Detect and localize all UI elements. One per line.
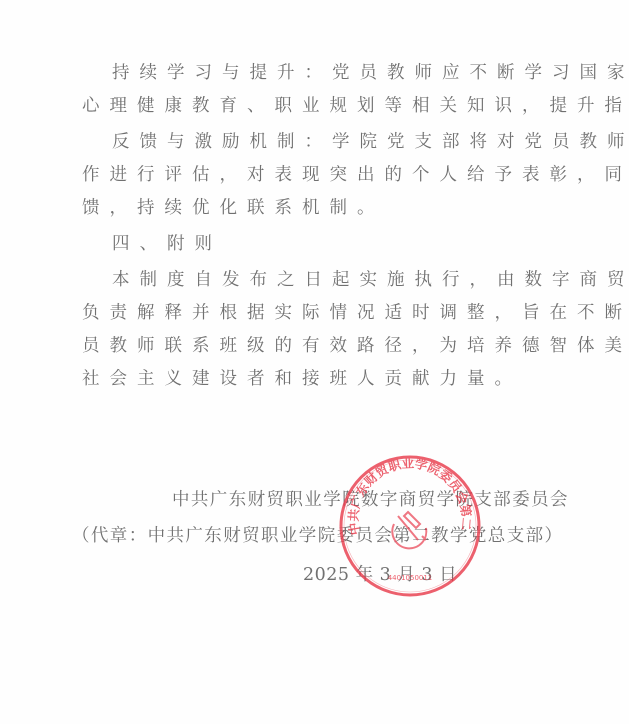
- paragraph-line: 社会主义建设者和接班人贡献力量。: [82, 367, 522, 391]
- paragraph-line: 负责解释并根据实际情况适时调整，旨在不断探索和完善党: [82, 301, 629, 325]
- paragraph-line: 作进行评估，对表现突出的个人给予表彰，同时收集学生反: [82, 163, 629, 187]
- seal-serial: 4401050011: [388, 574, 433, 582]
- official-seal-stamp: 中共广东财贸职业学院委员会第二教学党总支部 4401050011: [338, 454, 482, 598]
- paragraph-line: 反馈与激励机制：学院党支部将对党员教师联系班级工: [112, 130, 629, 154]
- paragraph-line: 馈，持续优化联系机制。: [82, 196, 385, 220]
- seal-ring-text: 中共广东财贸职业学院委员会第二教学党总支部: [338, 454, 474, 536]
- paragraph-line: 心理健康教育、职业规划等相关知识，提升指导能力。: [82, 94, 629, 118]
- paragraph-line: 本制度自发布之日起实施执行，由数字商贸学院党支部: [112, 268, 629, 292]
- proxy-seal-note: （代章：中共广东财贸职业学院委员会第二教学党总支部）: [72, 524, 563, 548]
- party-emblem-icon: [392, 512, 426, 548]
- paragraph-line: 员教师联系班级的有效路径，为培养德智体美劳全面发展的: [82, 334, 629, 358]
- document-page: 持续学习与提升：党员教师应不断学习国家教育政策、 心理健康教育、职业规划等相关知…: [0, 0, 629, 724]
- paragraph-line: 持续学习与提升：党员教师应不断学习国家教育政策、: [112, 61, 629, 85]
- section-heading: 四、附则: [112, 232, 222, 256]
